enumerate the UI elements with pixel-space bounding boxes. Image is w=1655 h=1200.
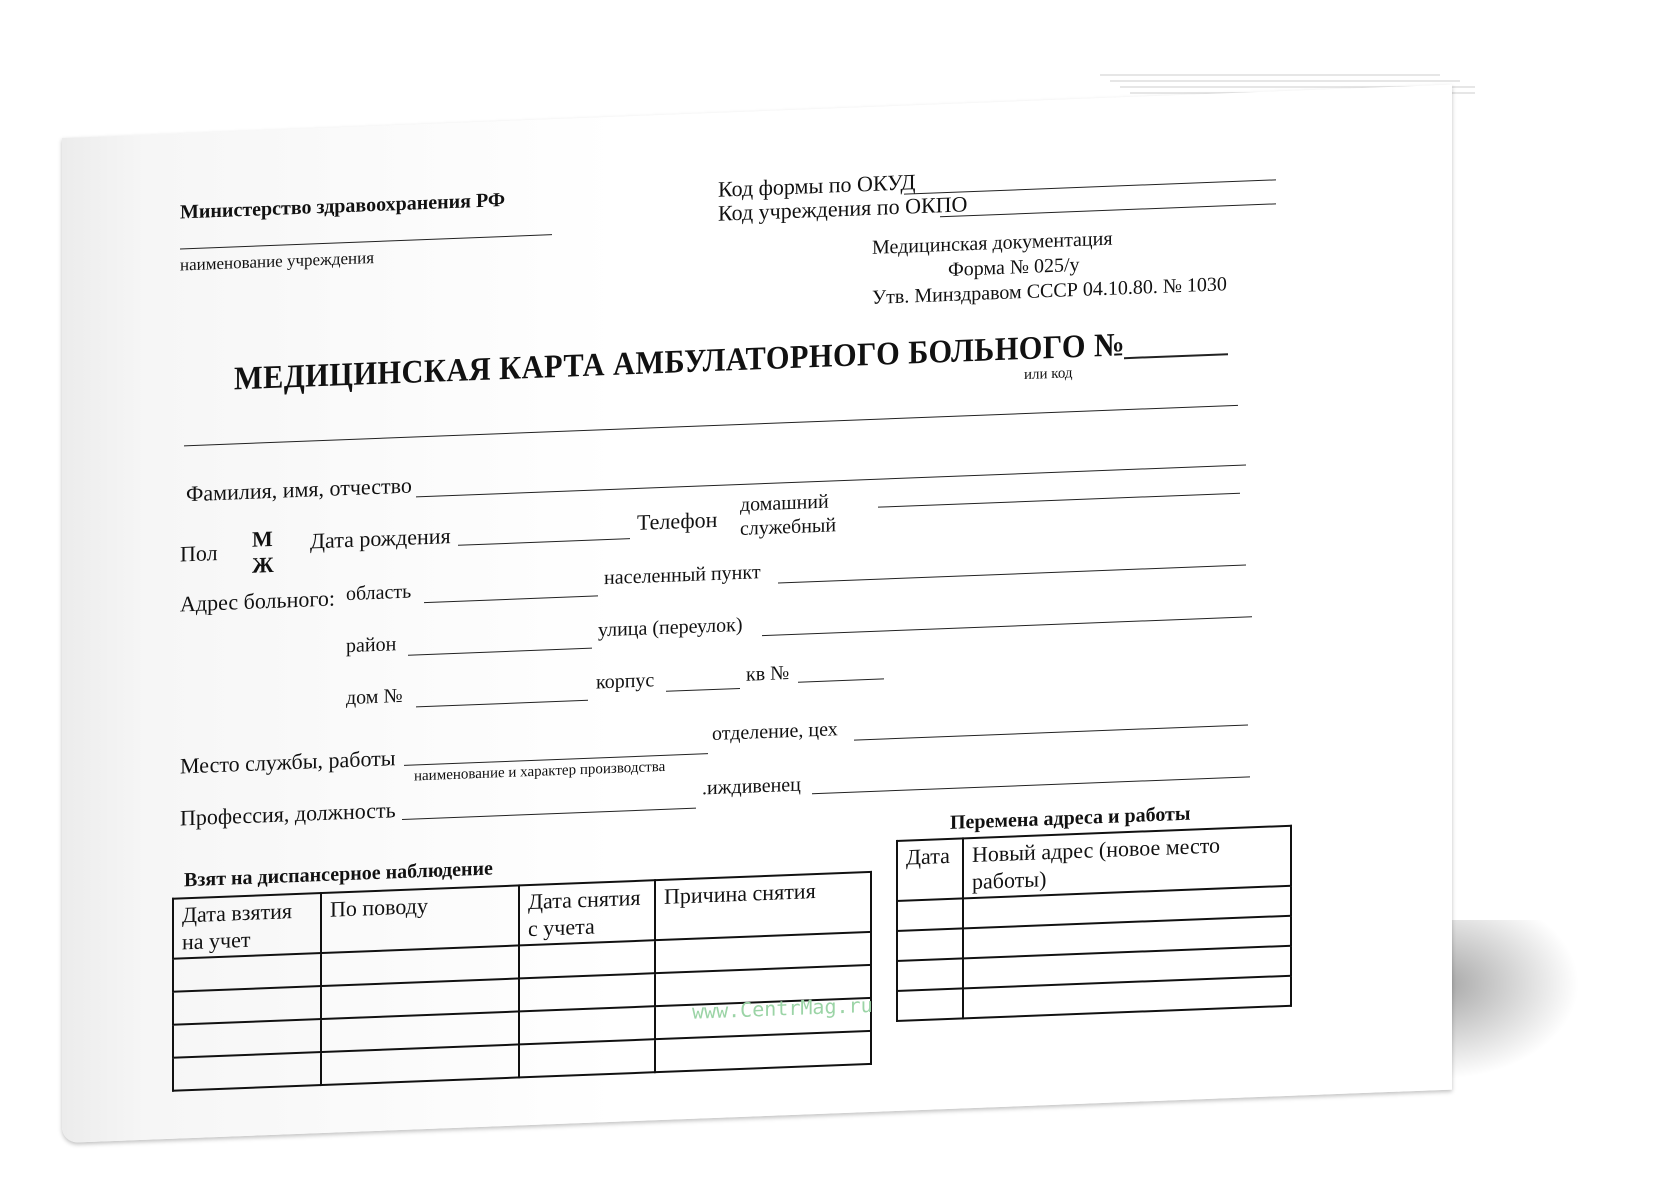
phone-field[interactable] xyxy=(878,493,1240,508)
region-field[interactable] xyxy=(424,595,598,603)
table-cell[interactable] xyxy=(519,1006,655,1044)
table-cell[interactable] xyxy=(897,958,963,991)
dispensary-table: Дата взятия на учет По поводу Дата сняти… xyxy=(172,871,872,1092)
institution-name-field[interactable] xyxy=(180,234,552,249)
column-header: Дата снятия с учета xyxy=(519,880,655,945)
profession-label: Профессия, должность xyxy=(180,797,396,831)
page-shadow xyxy=(1440,920,1580,1080)
column-header: Дата xyxy=(897,838,963,901)
ministry-name: Министерство здравоохранения РФ xyxy=(180,189,505,224)
table-cell[interactable] xyxy=(173,1052,321,1091)
table-cell[interactable] xyxy=(897,988,963,1021)
page-title: МЕДИЦИНСКАЯ КАРТА АМБУЛАТОРНОГО БОЛЬНОГО… xyxy=(234,327,1125,398)
table-cell[interactable] xyxy=(897,898,963,931)
table-cell[interactable] xyxy=(655,1031,871,1072)
column-header: Причина снятия xyxy=(655,872,871,940)
form-number: Форма № 025/у xyxy=(948,254,1080,282)
okpo-field[interactable] xyxy=(940,203,1276,217)
address-change-table: Дата Новый адрес (новое место работы) xyxy=(896,825,1292,1022)
extra-line-field[interactable] xyxy=(184,405,1238,446)
house-field[interactable] xyxy=(416,700,588,708)
profession-field[interactable] xyxy=(402,808,696,820)
column-header: Дата взятия на учет xyxy=(173,893,321,959)
building-field[interactable] xyxy=(666,688,740,692)
phone-work-label: служебный xyxy=(740,514,836,541)
district-label: район xyxy=(346,633,396,658)
institution-caption: наименование учреждения xyxy=(180,248,374,275)
birth-date-label: Дата рождения xyxy=(310,523,451,554)
dependent-field[interactable] xyxy=(812,776,1250,794)
table-cell[interactable] xyxy=(519,973,655,1011)
locality-label: населенный пункт xyxy=(604,561,761,590)
apartment-label: кв № xyxy=(746,662,789,687)
house-label: дом № xyxy=(346,685,403,710)
dependent-label: .иждивенец xyxy=(702,774,801,801)
department-field[interactable] xyxy=(854,724,1248,740)
table-cell[interactable] xyxy=(321,1044,519,1085)
birth-date-field[interactable] xyxy=(458,538,630,546)
district-field[interactable] xyxy=(408,648,592,656)
table-cell[interactable] xyxy=(519,1039,655,1077)
table-cell[interactable] xyxy=(897,928,963,961)
street-label: улица (переулок) xyxy=(598,614,742,643)
phone-label: Телефон xyxy=(637,507,717,536)
card-number-field[interactable] xyxy=(1124,353,1228,359)
department-label: отделение, цех xyxy=(712,718,838,746)
address-label: Адрес больного: xyxy=(180,586,335,618)
sex-label: Пол xyxy=(180,540,218,567)
form-sheet: Министерство здравоохранения РФ наименов… xyxy=(62,85,1452,1143)
column-header: По поводу xyxy=(321,885,519,953)
approval-note: Утв. Минздравом СССР 04.10.80. № 1030 xyxy=(872,273,1227,310)
apartment-field[interactable] xyxy=(798,678,884,682)
locality-field[interactable] xyxy=(778,565,1246,584)
sex-option-female[interactable]: Ж xyxy=(252,552,274,579)
phone-home-label: домашний xyxy=(740,491,829,517)
full-name-field[interactable] xyxy=(416,465,1246,498)
code-caption: или код xyxy=(1024,365,1073,384)
building-label: корпус xyxy=(596,669,654,694)
workplace-label: Место службы, работы xyxy=(180,745,396,779)
street-field[interactable] xyxy=(762,616,1252,636)
table-cell[interactable] xyxy=(519,940,655,978)
sex-option-male[interactable]: М xyxy=(252,526,273,553)
region-label: область xyxy=(346,581,411,607)
full-name-label: Фамилия, имя, отчество xyxy=(186,473,412,508)
